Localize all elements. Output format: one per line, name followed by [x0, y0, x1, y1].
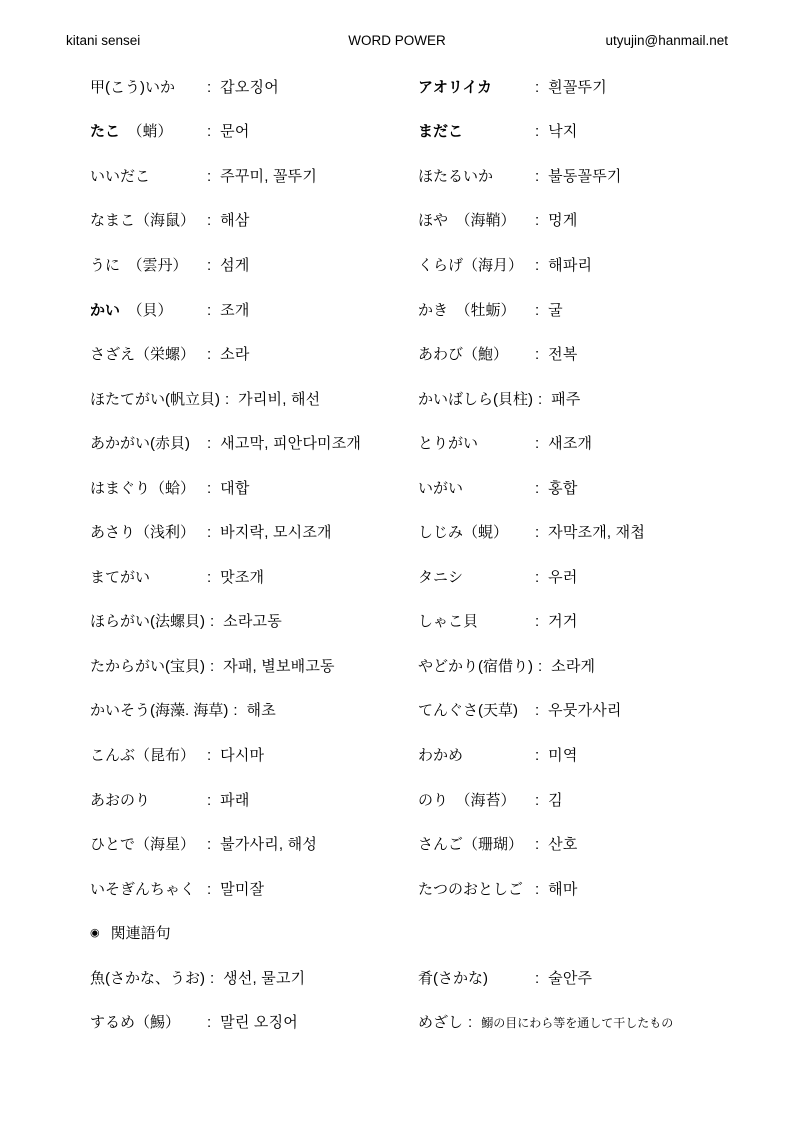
left-column-cell: あかがい(赤貝):새고막, 피안다미조개: [90, 432, 418, 453]
colon-separator: :: [207, 123, 211, 140]
vocab-entry: ほたてがい(帆立貝):가리비, 해선: [90, 388, 320, 409]
colon-separator: :: [538, 391, 542, 408]
right-column-cell: かき （牡蛎）:굴: [418, 299, 794, 320]
term-japanese: ほたるいか: [418, 165, 530, 186]
vocab-entry: ほらがい(法螺貝):소라고동: [90, 610, 282, 631]
term-japanese: さんご（珊瑚）: [418, 833, 530, 854]
meaning-korean: 전복: [548, 343, 577, 364]
meaning-korean: 낙지: [548, 120, 577, 141]
meaning-korean: 해초: [247, 699, 276, 720]
vocab-entry: さんご（珊瑚）:산호: [418, 833, 578, 854]
left-column-cell: はまぐり（蛤）:대합: [90, 477, 418, 498]
term-japanese: あかがい(赤貝): [90, 432, 202, 453]
term-japanese: ひとで（海星）: [90, 833, 202, 854]
colon-separator: :: [535, 168, 539, 185]
vocab-row: あかがい(赤貝):새고막, 피안다미조개とりがい:새조개: [0, 420, 794, 465]
term-japanese: まてがい: [90, 566, 202, 587]
colon-separator: :: [535, 480, 539, 497]
section-header-row: ◉ 関連語句: [0, 910, 794, 955]
meaning-korean: 섬게: [220, 254, 249, 275]
vocab-row: あさり（浅利）:바지락, 모시조개しじみ（蜆）:자막조개, 재첩: [0, 509, 794, 554]
left-column-cell: 甲(こう)いか:갑오징어: [90, 76, 418, 97]
left-column-cell: あさり（浅利）:바지락, 모시조개: [90, 521, 418, 542]
meaning-korean: 조개: [220, 299, 249, 320]
left-column-cell: まてがい:맛조개: [90, 566, 418, 587]
meaning-korean: 소라게: [551, 655, 595, 676]
colon-separator: :: [233, 702, 237, 719]
meaning-korean: 갑오징어: [220, 76, 279, 97]
meaning-korean: 거거: [548, 610, 577, 631]
meaning-korean: 바지락, 모시조개: [220, 521, 332, 542]
meaning-korean: 흰꼴뚜기: [548, 76, 607, 97]
meaning-korean: 우뭇가사리: [548, 699, 621, 720]
vocab-entry: やどかり(宿借り):소라게: [418, 655, 595, 676]
meaning-korean: 자패, 별보배고동: [223, 655, 335, 676]
term-japanese: しゃこ貝: [418, 610, 530, 631]
term-japanese: あわび（鮑）: [418, 343, 530, 364]
term-japanese: うに （雲丹）: [90, 254, 202, 275]
colon-separator: :: [207, 212, 211, 229]
vocab-entry: さざえ（栄螺）:소라: [90, 343, 250, 364]
term-japanese: いがい: [418, 477, 530, 498]
vocab-entry: あかがい(赤貝):새고막, 피안다미조개: [90, 432, 361, 453]
left-column-cell: するめ（鯣）:말린 오징어: [90, 1011, 418, 1032]
right-column-cell: くらげ（海月）:해파리: [418, 254, 794, 275]
meaning-korean: 주꾸미, 꼴뚜기: [220, 165, 317, 186]
right-column-cell: しじみ（蜆）:자막조개, 재첩: [418, 521, 794, 542]
term-japanese: てんぐさ(天草): [418, 699, 530, 720]
meaning-korean: 문어: [220, 120, 249, 141]
right-column-cell: とりがい:새조개: [418, 432, 794, 453]
left-column-cell: たこ （蛸）:문어: [90, 120, 418, 141]
vocab-entry: ほや （海鞘）:멍게: [418, 209, 578, 230]
colon-separator: :: [207, 524, 211, 541]
meaning-korean: 자막조개, 재첩: [548, 521, 645, 542]
colon-separator: :: [207, 257, 211, 274]
vocab-row: はまぐり（蛤）:대합いがい:홍합: [0, 465, 794, 510]
vocab-entry: タニシ:우러: [418, 566, 578, 587]
colon-separator: :: [225, 391, 229, 408]
term-japanese: ほや （海鞘）: [418, 209, 530, 230]
colon-separator: :: [207, 747, 211, 764]
right-column-cell: のり （海苔）:김: [418, 789, 794, 810]
related-rows: 魚(さかな、うお):생선, 물고기肴(さかな):술안주するめ（鯣）:말린 오징어…: [0, 955, 794, 1044]
vocab-row: 甲(こう)いか:갑오징어アオリイカ:흰꼴뚜기: [0, 64, 794, 109]
vocab-row: たこ （蛸）:문어まだこ:낙지: [0, 109, 794, 154]
colon-separator: :: [207, 836, 211, 853]
vocab-entry: くらげ（海月）:해파리: [418, 254, 592, 275]
colon-separator: :: [207, 881, 211, 898]
vocab-row: たからがい(宝貝):자패, 별보배고동やどかり(宿借り):소라게: [0, 643, 794, 688]
meaning-korean: 다시마: [220, 744, 264, 765]
term-japanese: 甲(こう)いか: [90, 76, 202, 97]
meaning-korean: 생선, 물고기: [223, 967, 305, 988]
term-japanese: しじみ（蜆）: [418, 521, 530, 542]
meaning-korean: 산호: [548, 833, 577, 854]
vocab-entry: まてがい:맛조개: [90, 566, 264, 587]
meaning-korean: 멍게: [548, 209, 577, 230]
vocab-entry: まだこ:낙지: [418, 120, 578, 141]
right-column-cell: さんご（珊瑚）:산호: [418, 833, 794, 854]
section-bullet-icon: ◉: [90, 926, 100, 939]
meaning-korean: 미역: [548, 744, 577, 765]
document-page: { "header": { "left": "kitani sensei", "…: [0, 0, 794, 1122]
meaning-korean: 불동꼴뚜기: [548, 165, 621, 186]
meaning-korean: 해삼: [220, 209, 249, 230]
left-column-cell: 魚(さかな、うお):생선, 물고기: [90, 967, 418, 988]
colon-separator: :: [535, 435, 539, 452]
author-name: kitani sensei: [66, 33, 348, 48]
colon-separator: :: [207, 302, 211, 319]
vocab-entry: はまぐり（蛤）:대합: [90, 477, 250, 498]
meaning-korean: 새조개: [548, 432, 592, 453]
vocab-entry: かいそう(海藻. 海草):해초: [90, 699, 276, 720]
page-header: kitani sensei WORD POWER utyujin@hanmail…: [0, 33, 794, 48]
vocab-entry: たつのおとしご:해마: [418, 878, 578, 899]
colon-separator: :: [207, 480, 211, 497]
vocab-entry: ひとで（海星）:불가사리, 해성: [90, 833, 317, 854]
colon-separator: :: [468, 1014, 472, 1031]
term-japanese: あさり（浅利）: [90, 521, 202, 542]
colon-separator: :: [535, 79, 539, 96]
term-japanese: はまぐり（蛤）: [90, 477, 202, 498]
meaning-korean: 패주: [551, 388, 580, 409]
meaning-korean: 말미잘: [220, 878, 264, 899]
left-column-cell: かい （貝）:조개: [90, 299, 418, 320]
vocab-entry: かい （貝）:조개: [90, 299, 250, 320]
meaning-korean: 술안주: [548, 967, 592, 988]
term-japanese: いそぎんちゃく: [90, 878, 202, 899]
vocab-row: ほらがい(法螺貝):소라고동しゃこ貝:거거: [0, 599, 794, 644]
term-japanese: なまこ（海鼠）: [90, 209, 202, 230]
vocab-entry: いがい:홍합: [418, 477, 578, 498]
right-column-cell: アオリイカ:흰꼴뚜기: [418, 76, 794, 97]
colon-separator: :: [535, 123, 539, 140]
colon-separator: :: [535, 792, 539, 809]
vocab-entry: しじみ（蜆）:자막조개, 재첩: [418, 521, 645, 542]
colon-separator: :: [535, 212, 539, 229]
term-japanese: わかめ: [418, 744, 530, 765]
right-column-cell: タニシ:우러: [418, 566, 794, 587]
vocab-row: するめ（鯣）:말린 오징어めざし:鰯の目にわら等を通して干したもの: [0, 999, 794, 1044]
right-column-cell: やどかり(宿借り):소라게: [418, 655, 794, 676]
vocab-row: あおのり:파래のり （海苔）:김: [0, 777, 794, 822]
term-japanese: たつのおとしご: [418, 878, 530, 899]
vocab-row: なまこ（海鼠）:해삼ほや （海鞘）:멍게: [0, 198, 794, 243]
term-japanese: するめ（鯣）: [90, 1011, 202, 1032]
vocab-row: まてがい:맛조개タニシ:우러: [0, 554, 794, 599]
vocab-row: かいそう(海藻. 海草):해초てんぐさ(天草):우뭇가사리: [0, 688, 794, 733]
meaning-korean: 말린 오징어: [220, 1011, 298, 1032]
meaning-korean: 새고막, 피안다미조개: [220, 432, 361, 453]
vocab-entry: するめ（鯣）:말린 오징어: [90, 1011, 298, 1032]
vocab-entry: いいだこ:주꾸미, 꼴뚜기: [90, 165, 317, 186]
vocab-entry: うに （雲丹）:섬게: [90, 254, 250, 275]
right-column-cell: てんぐさ(天草):우뭇가사리: [418, 699, 794, 720]
colon-separator: :: [535, 702, 539, 719]
right-column-cell: まだこ:낙지: [418, 120, 794, 141]
left-column-cell: いそぎんちゃく:말미잘: [90, 878, 418, 899]
colon-separator: :: [535, 524, 539, 541]
left-column-cell: ひとで（海星）:불가사리, 해성: [90, 833, 418, 854]
colon-separator: :: [535, 747, 539, 764]
left-column-cell: かいそう(海藻. 海草):해초: [90, 699, 418, 720]
meaning-korean: 김: [548, 789, 563, 810]
left-column-cell: さざえ（栄螺）:소라: [90, 343, 418, 364]
term-japanese: くらげ（海月）: [418, 254, 530, 275]
right-column-cell: しゃこ貝:거거: [418, 610, 794, 631]
colon-separator: :: [535, 836, 539, 853]
colon-separator: :: [207, 1014, 211, 1031]
colon-separator: :: [207, 569, 211, 586]
meaning-korean: 우러: [548, 566, 577, 587]
vocab-row: さざえ（栄螺）:소라あわび（鮑）:전복: [0, 331, 794, 376]
term-japanese: かい （貝）: [90, 299, 202, 320]
right-column-cell: あわび（鮑）:전복: [418, 343, 794, 364]
term-japanese: のり （海苔）: [418, 789, 530, 810]
colon-separator: :: [210, 658, 214, 675]
contact-email: utyujin@hanmail.net: [446, 33, 728, 48]
term-japanese: たからがい(宝貝): [90, 655, 205, 676]
colon-separator: :: [535, 302, 539, 319]
meaning-korean: 소라고동: [223, 610, 282, 631]
vocab-entry: たこ （蛸）:문어: [90, 120, 250, 141]
right-column-cell: ほたるいか:불동꼴뚜기: [418, 165, 794, 186]
term-japanese: かき （牡蛎）: [418, 299, 530, 320]
left-column-cell: なまこ（海鼠）:해삼: [90, 209, 418, 230]
vocab-entry: ほたるいか:불동꼴뚜기: [418, 165, 622, 186]
colon-separator: :: [535, 569, 539, 586]
meaning-korean: 소라: [220, 343, 249, 364]
meaning-korean: 가리비, 해선: [238, 388, 320, 409]
colon-separator: :: [535, 613, 539, 630]
colon-separator: :: [535, 346, 539, 363]
left-column-cell: いいだこ:주꾸미, 꼴뚜기: [90, 165, 418, 186]
vocab-entry: めざし:鰯の目にわら等を通して干したもの: [418, 1011, 673, 1032]
colon-separator: :: [207, 168, 211, 185]
term-japanese: あおのり: [90, 789, 202, 810]
meaning-korean: 파래: [220, 789, 249, 810]
meaning-korean: 해파리: [548, 254, 592, 275]
term-japanese: とりがい: [418, 432, 530, 453]
vocab-entry: 魚(さかな、うお):생선, 물고기: [90, 967, 305, 988]
colon-separator: :: [207, 346, 211, 363]
colon-separator: :: [535, 257, 539, 274]
vocab-entry: なまこ（海鼠）:해삼: [90, 209, 250, 230]
vocab-entry: アオリイカ:흰꼴뚜기: [418, 76, 607, 97]
vocab-entry: こんぶ（昆布）:다시마: [90, 744, 264, 765]
vocab-row: いそぎんちゃく:말미잘たつのおとしご:해마: [0, 866, 794, 911]
colon-separator: :: [207, 435, 211, 452]
right-column-cell: 肴(さかな):술안주: [418, 967, 794, 988]
left-column-cell: うに （雲丹）:섬게: [90, 254, 418, 275]
vocab-entry: あさり（浅利）:바지락, 모시조개: [90, 521, 332, 542]
left-column-cell: たからがい(宝貝):자패, 별보배고동: [90, 655, 418, 676]
vocab-row: ほたてがい(帆立貝):가리비, 해선かいばしら(貝柱):패주: [0, 376, 794, 421]
term-japanese: タニシ: [418, 566, 530, 587]
colon-separator: :: [538, 658, 542, 675]
right-column-cell: たつのおとしご:해마: [418, 878, 794, 899]
term-japanese: まだこ: [418, 120, 530, 141]
colon-separator: :: [210, 613, 214, 630]
vocab-entry: かいばしら(貝柱):패주: [418, 388, 581, 409]
vocab-row: ひとで（海星）:불가사리, 해성さんご（珊瑚）:산호: [0, 821, 794, 866]
vocab-row: こんぶ（昆布）:다시마わかめ:미역: [0, 732, 794, 777]
vocab-rows: 甲(こう)いか:갑오징어アオリイカ:흰꼴뚜기たこ （蛸）:문어まだこ:낙지いいだ…: [0, 64, 794, 910]
meaning-korean: 해마: [548, 878, 577, 899]
term-japanese: ほらがい(法螺貝): [90, 610, 205, 631]
vocab-entry: わかめ:미역: [418, 744, 578, 765]
term-japanese: ほたてがい(帆立貝): [90, 388, 220, 409]
term-japanese: いいだこ: [90, 165, 202, 186]
vocab-row: かい （貝）:조개かき （牡蛎）:굴: [0, 287, 794, 332]
right-column-cell: いがい:홍합: [418, 477, 794, 498]
meaning-korean: 홍합: [548, 477, 577, 498]
term-japanese: たこ （蛸）: [90, 120, 202, 141]
right-column-cell: かいばしら(貝柱):패주: [418, 388, 794, 409]
term-japanese: かいそう(海藻. 海草): [90, 699, 228, 720]
meaning-korean: 불가사리, 해성: [220, 833, 317, 854]
vocab-entry: あおのり:파래: [90, 789, 250, 810]
vocab-content: 甲(こう)いか:갑오징어アオリイカ:흰꼴뚜기たこ （蛸）:문어まだこ:낙지いいだ…: [0, 64, 794, 1044]
colon-separator: :: [535, 881, 539, 898]
vocab-entry: とりがい:새조개: [418, 432, 592, 453]
vocab-row: 魚(さかな、うお):생선, 물고기肴(さかな):술안주: [0, 955, 794, 1000]
term-japanese: かいばしら(貝柱): [418, 388, 533, 409]
meaning-korean: 굴: [548, 299, 563, 320]
vocab-entry: 甲(こう)いか:갑오징어: [90, 76, 279, 97]
vocab-entry: いそぎんちゃく:말미잘: [90, 878, 264, 899]
meaning-korean: 鰯の目にわら等を通して干したもの: [481, 1014, 673, 1031]
term-japanese: こんぶ（昆布）: [90, 744, 202, 765]
left-column-cell: あおのり:파래: [90, 789, 418, 810]
meaning-korean: 맛조개: [220, 566, 264, 587]
section-title: 関連語句: [111, 922, 171, 943]
vocab-entry: のり （海苔）:김: [418, 789, 563, 810]
right-column-cell: ほや （海鞘）:멍게: [418, 209, 794, 230]
term-japanese: 魚(さかな、うお): [90, 967, 205, 988]
vocab-entry: しゃこ貝:거거: [418, 610, 578, 631]
vocab-entry: てんぐさ(天草):우뭇가사리: [418, 699, 622, 720]
term-japanese: さざえ（栄螺）: [90, 343, 202, 364]
vocab-entry: たからがい(宝貝):자패, 별보배고동: [90, 655, 335, 676]
page-title: WORD POWER: [348, 33, 446, 48]
term-japanese: めざし: [418, 1011, 463, 1032]
section-header: ◉ 関連語句: [90, 922, 171, 943]
left-column-cell: ほらがい(法螺貝):소라고동: [90, 610, 418, 631]
colon-separator: :: [207, 792, 211, 809]
vocab-row: いいだこ:주꾸미, 꼴뚜기ほたるいか:불동꼴뚜기: [0, 153, 794, 198]
left-column-cell: こんぶ（昆布）:다시마: [90, 744, 418, 765]
term-japanese: やどかり(宿借り): [418, 655, 533, 676]
right-column-cell: めざし:鰯の目にわら等を通して干したもの: [418, 1011, 794, 1032]
vocab-row: うに （雲丹）:섬게くらげ（海月）:해파리: [0, 242, 794, 287]
colon-separator: :: [535, 970, 539, 987]
term-japanese: アオリイカ: [418, 76, 530, 97]
right-column-cell: わかめ:미역: [418, 744, 794, 765]
vocab-entry: 肴(さかな):술안주: [418, 967, 592, 988]
left-column-cell: ほたてがい(帆立貝):가리비, 해선: [90, 388, 418, 409]
colon-separator: :: [207, 79, 211, 96]
meaning-korean: 대합: [220, 477, 249, 498]
term-japanese: 肴(さかな): [418, 967, 530, 988]
colon-separator: :: [210, 970, 214, 987]
vocab-entry: あわび（鮑）:전복: [418, 343, 578, 364]
vocab-entry: かき （牡蛎）:굴: [418, 299, 563, 320]
